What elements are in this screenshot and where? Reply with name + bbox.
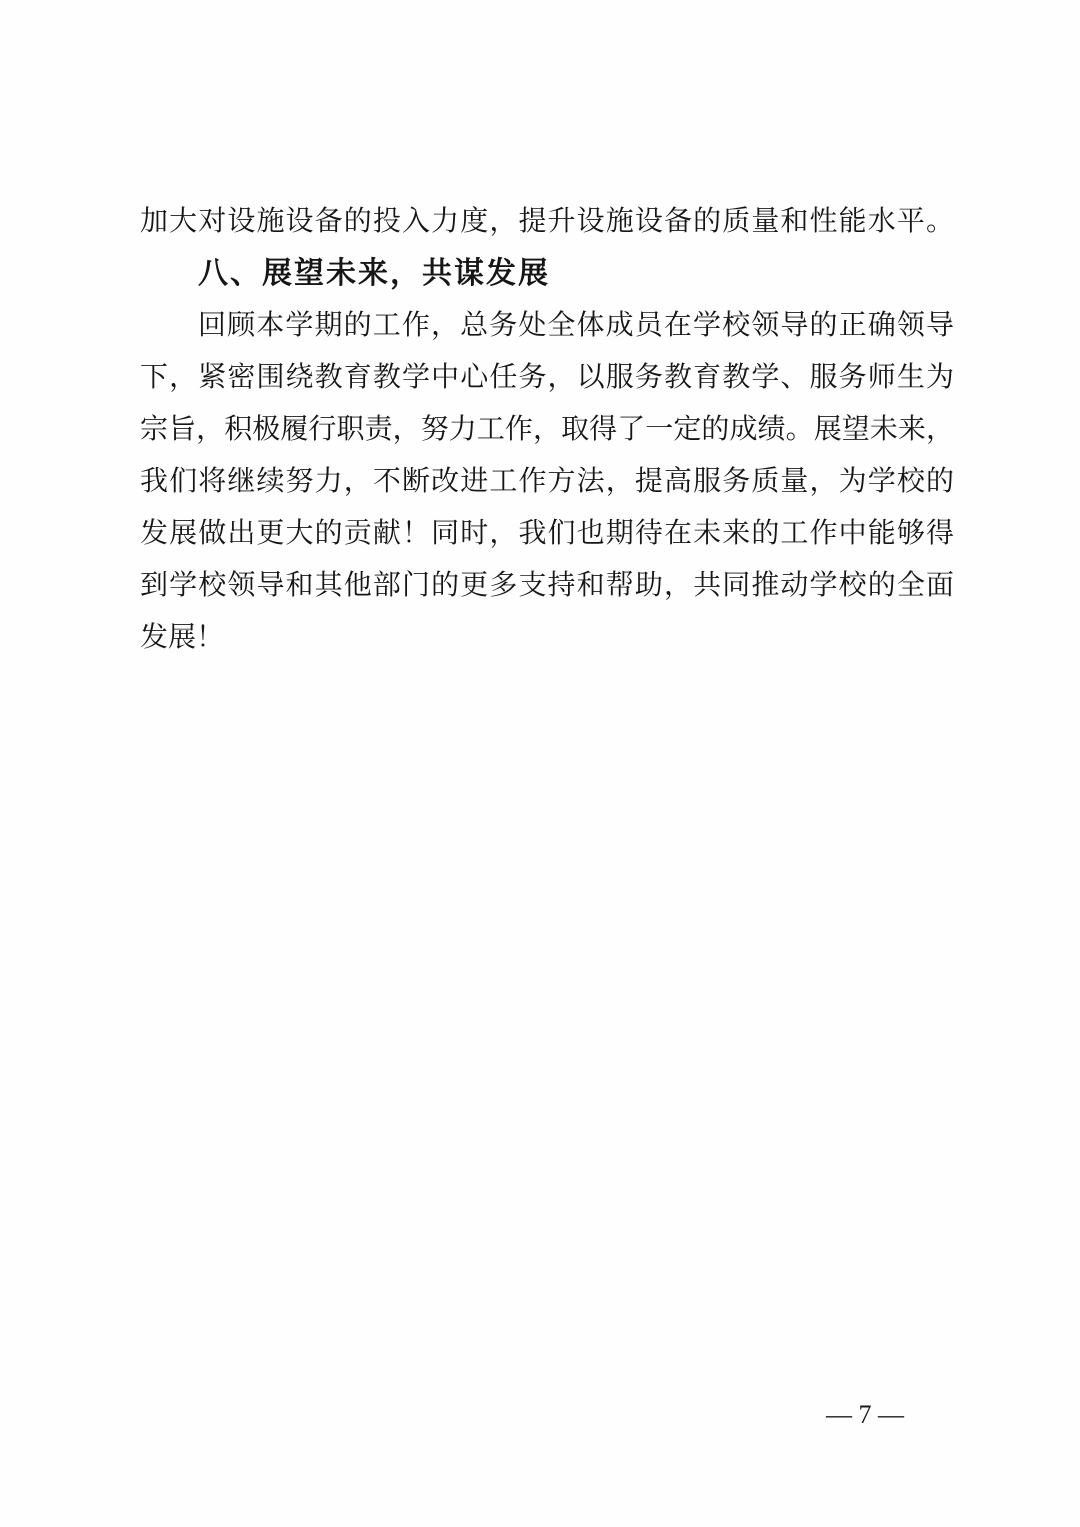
paragraph-line: 下，紧密围绕教育教学中心任务，以服务教育教学、服务师生为: [140, 352, 954, 404]
paragraph-line: 宗旨，积极履行职责，努力工作，取得了一定的成绩。展望未来，: [140, 404, 954, 456]
document-page: 加大对设施设备的投入力度，提升设施设备的质量和性能水平。 八、展望未来，共谋发展…: [0, 0, 1080, 1527]
paragraph-line: 发展做出更大的贡献！同时，我们也期待在未来的工作中能够得: [140, 508, 954, 560]
paragraph-line: 我们将继续努力，不断改进工作方法，提高服务质量，为学校的: [140, 456, 954, 508]
body-line: 加大对设施设备的投入力度，提升设施设备的质量和性能水平。: [140, 196, 954, 248]
paragraph-line: 发展！: [140, 612, 954, 664]
paragraph-line: 回顾本学期的工作，总务处全体成员在学校领导的正确领导: [140, 300, 954, 352]
section-heading: 八、展望未来，共谋发展: [140, 248, 954, 300]
page-number: — 7 —: [790, 1398, 940, 1432]
text-block: 加大对设施设备的投入力度，提升设施设备的质量和性能水平。 八、展望未来，共谋发展…: [140, 196, 954, 664]
paragraph-line: 到学校领导和其他部门的更多支持和帮助，共同推动学校的全面: [140, 560, 954, 612]
